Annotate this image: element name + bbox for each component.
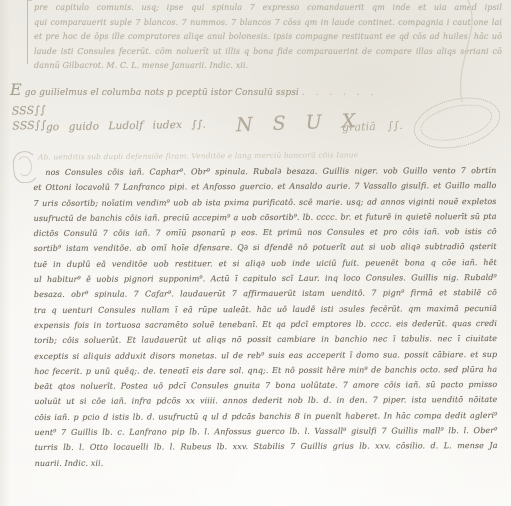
display-capitals-tail: gratiā ∫∫. (342, 119, 403, 134)
decorated-initial: E (10, 80, 22, 99)
charter-text: nos Consules cōis iañ. Caphar⁹. Obr⁹ spi… (33, 163, 497, 471)
ghost-line: Ab. uenditis sub dupli defensiōe firam. … (38, 149, 478, 161)
manuscript-line: besaza. obr⁹ spinula. 7 Cafar⁹. laudauer… (34, 285, 497, 302)
manuscript-line: pre capitulo comunis. usq; ipse qui spin… (34, 1, 502, 16)
manuscript-line: dannū Gilbacrot. M. C. L. mense Januarii… (34, 59, 502, 74)
archive-stamp: · · · · · · · · · · · · · · · (409, 90, 506, 157)
notary-text: go guilielmus el columba nots p pceptū i… (25, 88, 299, 98)
manuscript-line: uoluūt ut si cōe iañ. infra pdcōs xx vii… (34, 392, 497, 409)
signum-marks: SSS∫∫ SSS∫∫ (11, 102, 46, 133)
manuscript-line: sortib⁹ istam venditōe. ab omī hoīe dfen… (34, 239, 497, 256)
manuscript-line: nuarii. Indic. xii. (35, 454, 498, 471)
manuscript-line: exceptis si aliquis adduxit disors monet… (34, 347, 497, 364)
manuscript-line: torib; cōis soluerūt. Et laudauerūt ut a… (34, 331, 497, 348)
faded-paragraph: pre capitulo comunis. usq; ipse qui spin… (34, 1, 502, 74)
notary-subscription: Ego guilielmus el columba nots p pceptū … (10, 80, 377, 99)
manuscript-line: laude isti Consules fecerūt. cōm noluerī… (34, 45, 502, 60)
manuscript-page: pre capitulo comunis. usq; ipse qui spin… (0, 0, 511, 506)
margin-bracket (27, 0, 32, 64)
manuscript-line: qui comparauerit suple 7 blancos. 7 numm… (34, 16, 502, 31)
pen-trailer: . . . . . . (302, 88, 377, 98)
manuscript-line: et pre hoc de ōps ille compratores aliqe… (34, 30, 502, 45)
judge-subscription: go guido Ludolf iudex ∫∫. (46, 119, 206, 134)
manuscript-line: turris lb. l. Otto locauelli lb. l. Rube… (35, 438, 498, 455)
manuscript-line: et Ottoni locavolū 7 Lanfranco pipi. et … (33, 178, 496, 195)
